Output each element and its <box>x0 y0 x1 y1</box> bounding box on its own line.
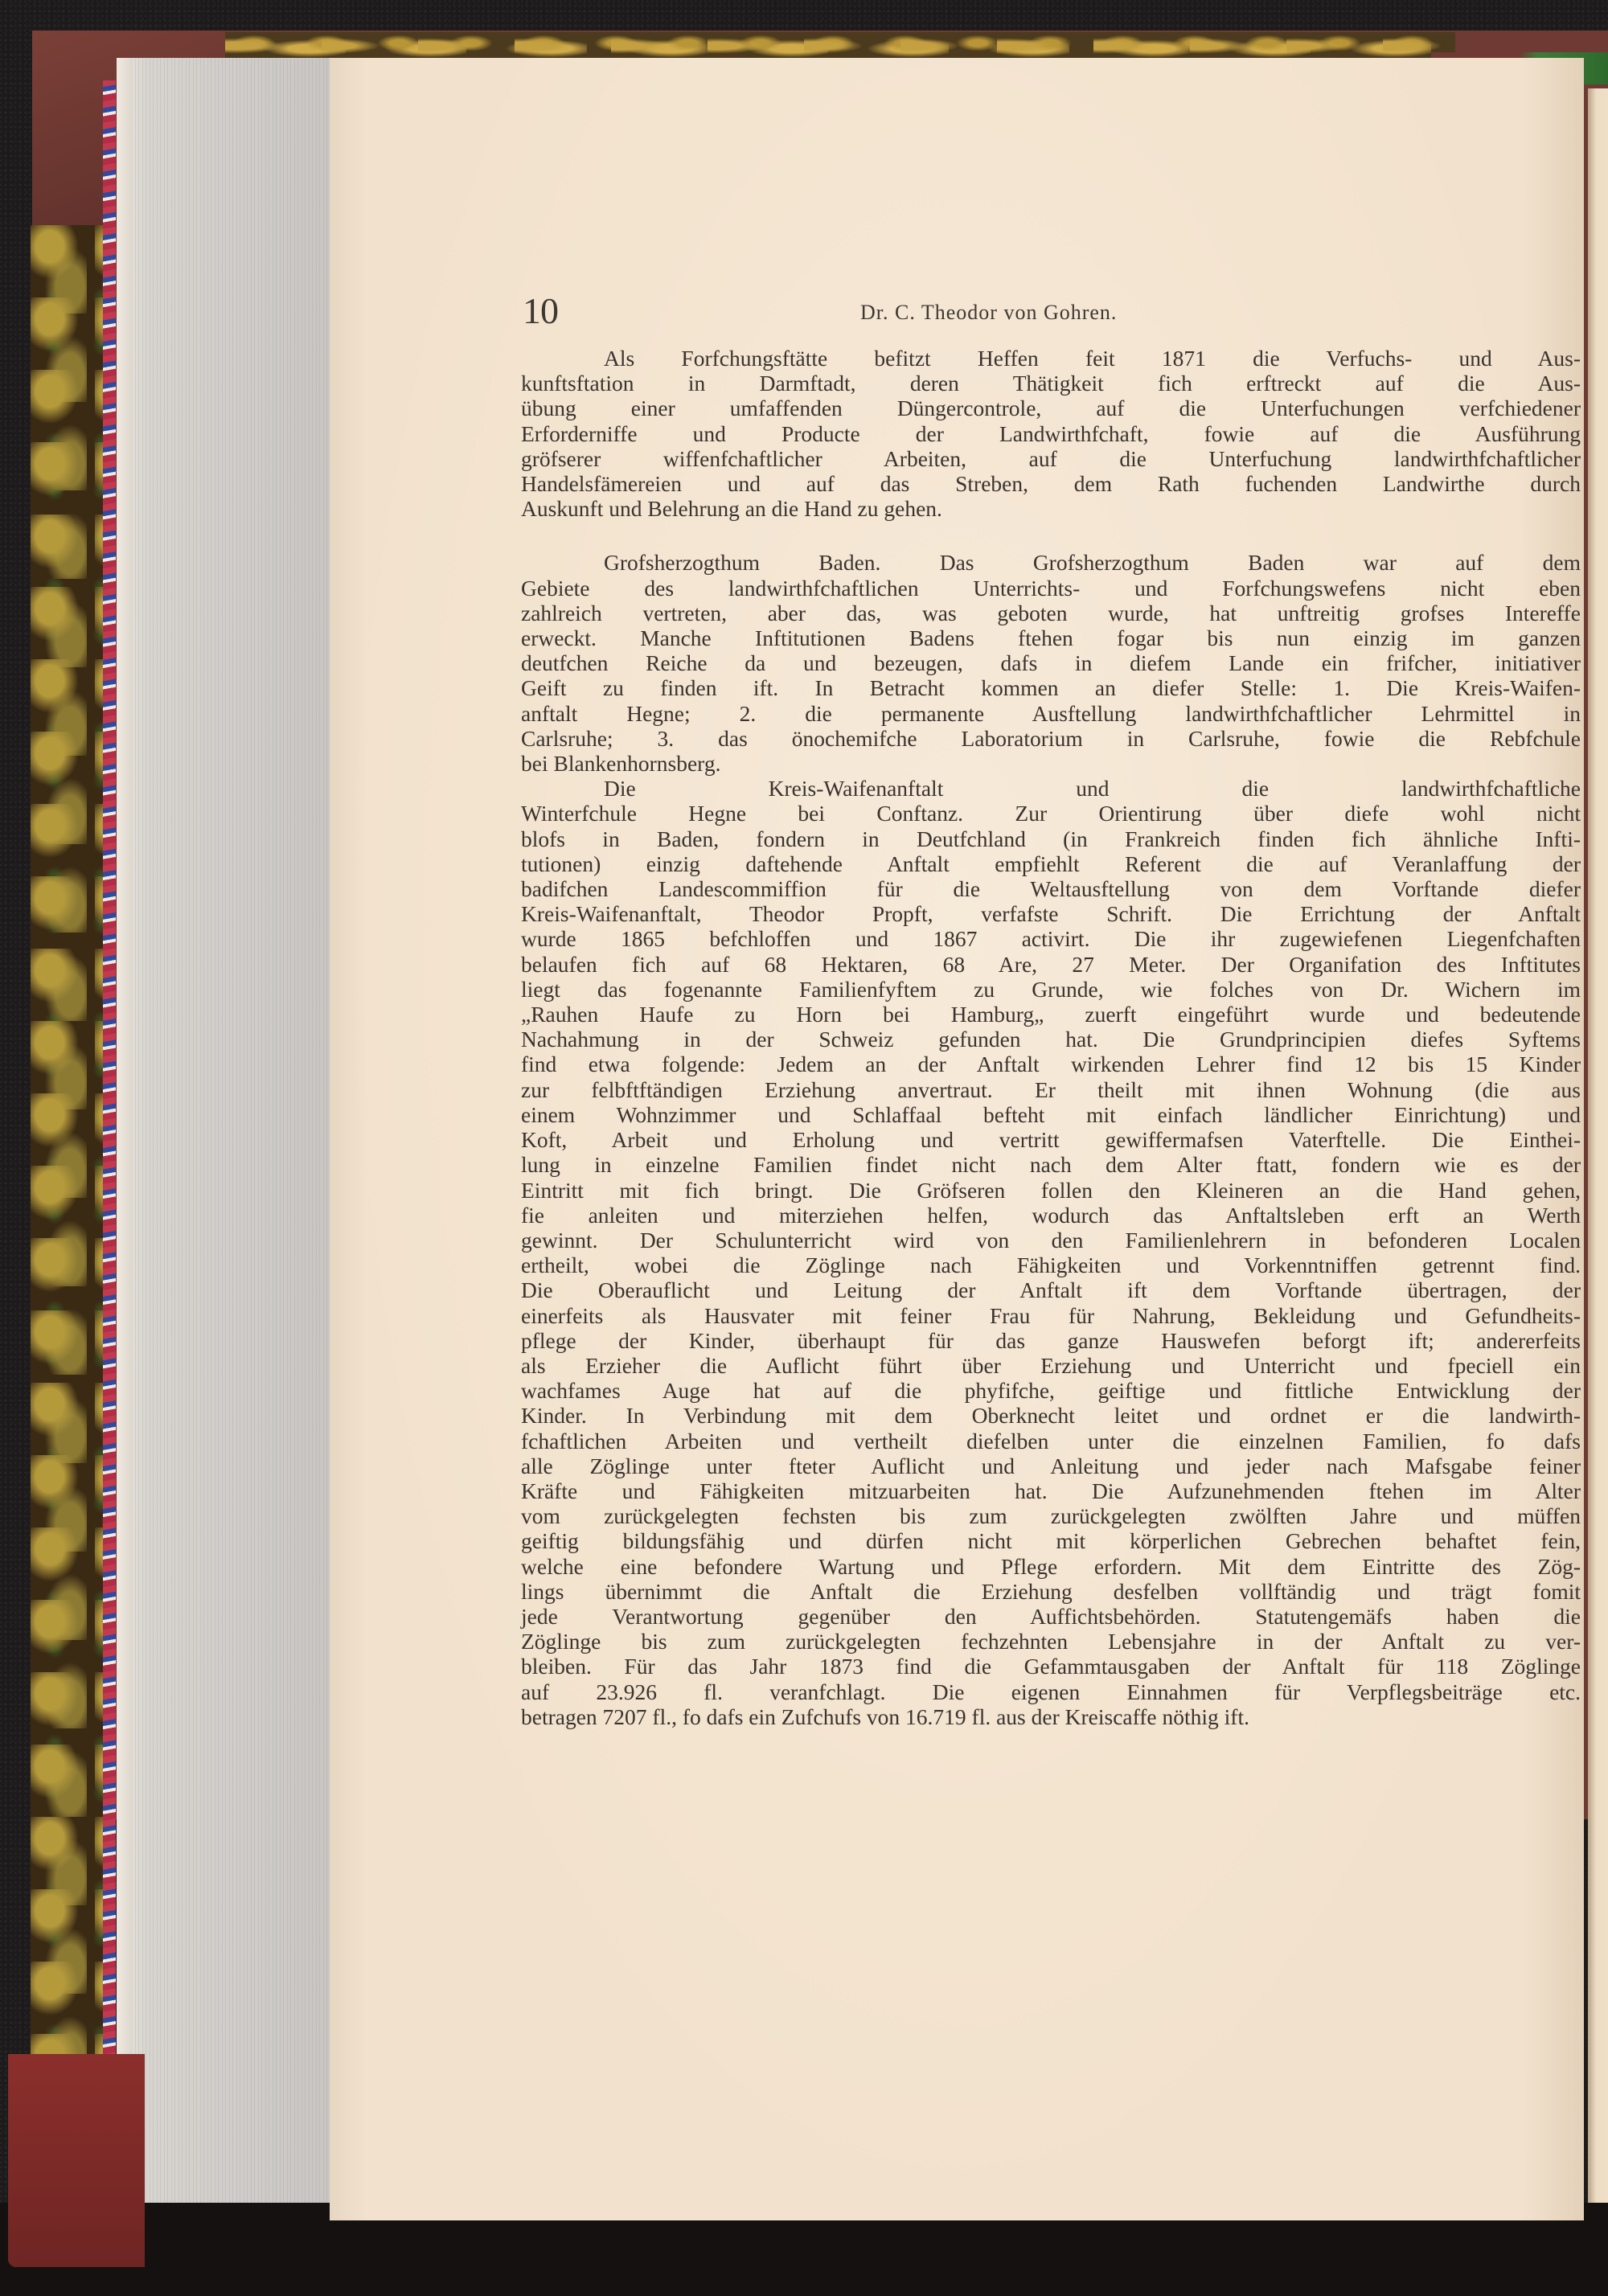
text-line: pflege der Kinder, überhaupt für das gan… <box>521 1328 1581 1353</box>
text-line: gewinnt. Der Schulunterricht wird von de… <box>521 1228 1581 1253</box>
text-line: fchaftlichen Arbeiten und vertheilt dief… <box>521 1429 1581 1453</box>
text-line: betragen 7207 fl., fo dafs ein Zufchufs … <box>521 1704 1581 1729</box>
text-line: bleiben. Für das Jahr 1873 find die Gefa… <box>521 1654 1581 1679</box>
text-line: jede Verantwortung gegenüber den Auffich… <box>521 1604 1581 1629</box>
text-line: deutfchen Reiche da und bezeugen, dafs i… <box>521 650 1581 675</box>
text-line: zahlreich vertreten, aber das, was gebot… <box>521 601 1581 625</box>
text-line: bei Blankenhornsberg. <box>521 751 1581 776</box>
running-head-author: Dr. C. Theodor von Gohren. <box>860 301 1117 325</box>
text-line: welche eine befondere Wartung und Pflege… <box>521 1554 1581 1579</box>
paragraph-baden: Grofsherzogthum Baden. Das Grofsherzogth… <box>521 550 1581 776</box>
text-line: Koft, Arbeit und Erholung und vertritt g… <box>521 1127 1581 1152</box>
text-line: wurde 1865 befchloffen und 1867 activirt… <box>521 926 1581 951</box>
body-text: Als Forfchungsftätte befitzt Heffen feit… <box>521 346 1581 1729</box>
text-line: wachfames Auge hat auf die phyfifche, ge… <box>521 1378 1581 1403</box>
text-line: auf 23.926 fl. veranfchlagt. Die eigenen… <box>521 1679 1581 1704</box>
text-line: erweckt. Manche Inftitutionen Badens fte… <box>521 625 1581 650</box>
text-line: lings übernimmt die Anftalt die Erziehun… <box>521 1579 1581 1604</box>
text-line: ertheilt, wobei die Zöglinge nach Fähigk… <box>521 1253 1581 1277</box>
text-line: übung einer umfaffenden Düngercontrole, … <box>521 396 1581 420</box>
cover-marbled-paper-top <box>225 32 1455 59</box>
page-number: 10 <box>523 289 558 332</box>
text-line: fie anleiten und miterziehen helfen, wod… <box>521 1203 1581 1228</box>
text-line: alle Zöglinge unter fteter Auflicht und … <box>521 1453 1581 1478</box>
text-line: als Erzieher die Auflicht führt über Erz… <box>521 1353 1581 1378</box>
paragraph-hegne: Die Kreis-Waifenanftalt und die landwirt… <box>521 776 1581 1729</box>
text-line: Kinder. In Verbindung mit dem Oberknecht… <box>521 1403 1581 1428</box>
text-line: Handelsfämereien und auf das Streben, de… <box>521 471 1581 496</box>
text-line: Erforderniffe und Producte der Landwirth… <box>521 421 1581 446</box>
cover-leather-corner-bottom <box>8 2054 145 2267</box>
facing-page-edge <box>1588 88 1608 2203</box>
text-line: find etwa folgende: Jedem an der Anftalt… <box>521 1052 1581 1076</box>
text-line: tutionen) einzig daftehende Anftalt empf… <box>521 851 1581 876</box>
text-line: badifchen Landescommiffion für die Welta… <box>521 876 1581 901</box>
text-line: Die Kreis-Waifenanftalt und die landwirt… <box>521 776 1581 801</box>
text-line: geiftig bildungsfähig und dürfen nicht m… <box>521 1528 1581 1553</box>
text-line: Als Forfchungsftätte befitzt Heffen feit… <box>521 346 1581 371</box>
text-line: belaufen fich auf 68 Hektaren, 68 Are, 2… <box>521 952 1581 977</box>
text-line: Nachahmung in der Schweiz gefunden hat. … <box>521 1027 1581 1052</box>
text-line: Eintritt mit fich bringt. Die Gröfseren … <box>521 1178 1581 1203</box>
text-line: gröfserer wiffenfchaftlicher Arbeiten, a… <box>521 446 1581 471</box>
text-line: kunftsftation in Darmftadt, deren Thätig… <box>521 371 1581 396</box>
text-line: einerfeits als Hausvater mit feiner Frau… <box>521 1303 1581 1328</box>
paragraph-hessen: Als Forfchungsftätte befitzt Heffen feit… <box>521 346 1581 521</box>
text-line: einem Wohnzimmer und Schlaffaal befteht … <box>521 1102 1581 1127</box>
text-line: Grofsherzogthum Baden. Das Grofsherzogth… <box>521 550 1581 575</box>
marbled-endpaper-edge <box>103 80 116 2203</box>
running-head: 10 Dr. C. Theodor von Gohren. <box>523 289 1592 338</box>
page-block-front-edge <box>117 58 133 2212</box>
text-line: Die Oberauflicht und Leitung der Anftalt… <box>521 1277 1581 1302</box>
text-line: Winterfchule Hegne bei Conftanz. Zur Ori… <box>521 801 1581 826</box>
text-line: Kräfte und Fähigkeiten mitzuarbeiten hat… <box>521 1478 1581 1503</box>
text-line: Carlsruhe; 3. das önochemifche Laborator… <box>521 726 1581 751</box>
text-line: blofs in Baden, fondern in Deutfchland (… <box>521 826 1581 851</box>
text-line: „Rauhen Haufe zu Horn bei Hamburg„ zuerf… <box>521 1002 1581 1027</box>
text-line: vom zurückgelegten fechsten bis zum zurü… <box>521 1503 1581 1528</box>
text-line: Gebiete des landwirthfchaftlichen Unterr… <box>521 576 1581 601</box>
text-line: Geift zu finden ift. In Betracht kommen … <box>521 675 1581 700</box>
text-line: zur felbftftändigen Erziehung anvertraut… <box>521 1077 1581 1102</box>
cover-marbled-paper-side <box>31 225 103 2058</box>
text-line: Kreis-Waifenanftalt, Theodor Propft, ver… <box>521 901 1581 926</box>
text-line: anftalt Hegne; 2. die permanente Ausftel… <box>521 701 1581 726</box>
page-block-edges <box>117 58 330 2212</box>
text-line: Auskunft und Belehrung an die Hand zu ge… <box>521 496 1581 521</box>
text-line: lung in einzelne Familien findet nicht n… <box>521 1152 1581 1177</box>
text-line: Zöglinge bis zum zurückgelegten fechzehn… <box>521 1629 1581 1654</box>
text-line: liegt das fogenannte Familienfyftem zu G… <box>521 977 1581 1002</box>
